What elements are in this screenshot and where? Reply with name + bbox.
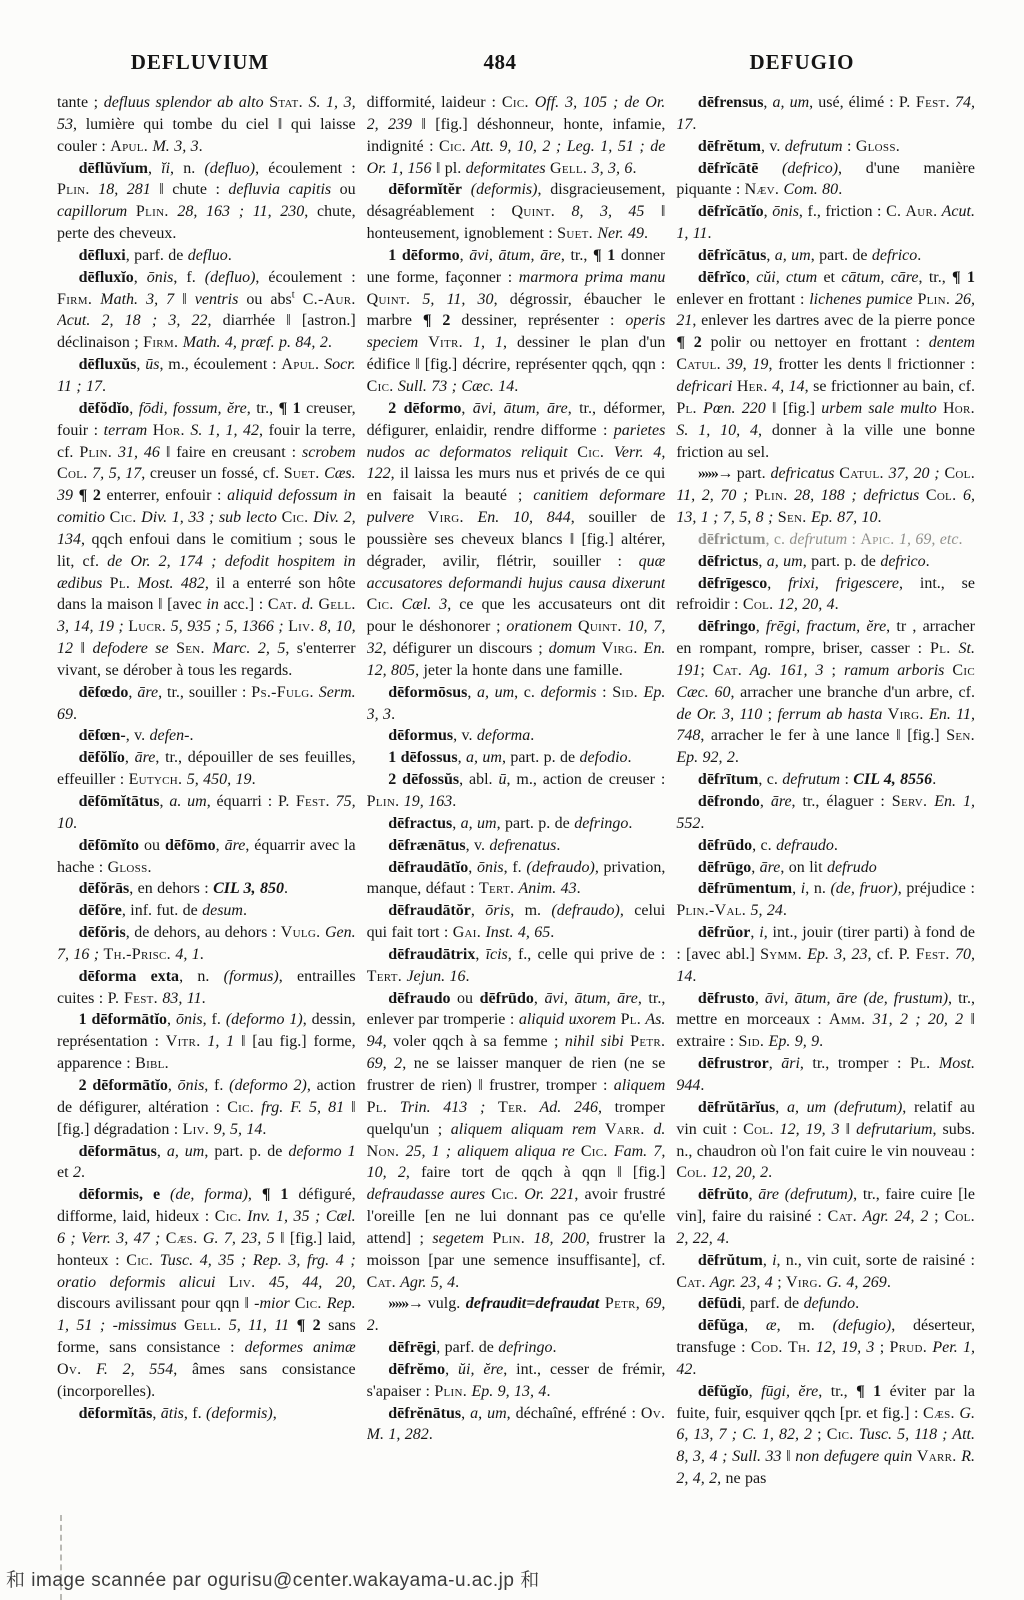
dictionary-entry: dēfrictus, a, um, part. p. de defrico. — [676, 551, 975, 573]
dictionary-entry: dēfŏre, inf. fut. de desum. — [57, 900, 356, 922]
dictionary-entry: dēfrītum, c. defrutum : CIL 4, 8556. — [676, 769, 975, 791]
column-left: tante ; defluus splendor ab alto Stat. S… — [57, 92, 356, 1542]
dictionary-entry: dēformus, v. deforma. — [367, 725, 666, 747]
dictionary-entry: dēfœn-, v. defen-. — [57, 725, 356, 747]
dictionary-entry: dēfrusto, āvi, ātum, āre (de, frustum), … — [676, 988, 975, 1054]
dictionary-entry: dēfraudātŏr, ōris, m. (defraudo), celui … — [367, 900, 666, 944]
dictionary-entry: dēfŏris, de dehors, au dehors : Vulg. Ge… — [57, 922, 356, 966]
dictionary-entry: 1 dēformātĭo, ōnis, f. (deformo 1), dess… — [57, 1009, 356, 1075]
arrow-icon: »»»→ — [698, 465, 732, 482]
dictionary-entry: dēfŏrās, en dehors : CIL 3, 850. — [57, 878, 356, 900]
dictionary-entry: dēfŭgĭo, fūgi, ĕre, tr., ¶ 1 éviter par … — [676, 1381, 975, 1490]
dictionary-entry: »»»→ part. defricatus Catul. 37, 20 ; Co… — [676, 463, 975, 529]
dictionary-entry: dēfrensus, a, um, usé, élimé : P. Fest. … — [676, 92, 975, 136]
arrow-icon: »»»→ — [388, 1295, 422, 1312]
dictionary-entry: dēfōmĭtātus, a. um, équarri : P. Fest. 7… — [57, 791, 356, 835]
dictionary-entry: dēfrŭtārĭus, a, um (defrutum), relatif a… — [676, 1097, 975, 1184]
dictionary-entry: dēfraudātĭo, ōnis, f. (defraudo), privat… — [367, 857, 666, 901]
dictionary-entry: dēfōmĭto ou dēfōmo, āre, équarrir avec l… — [57, 835, 356, 879]
dictionary-entry: dēfrĕnātus, a, um, déchaîné, effréné : O… — [367, 1403, 666, 1447]
dictionary-entry: dēformis, e (de, forma), ¶ 1 défiguré, d… — [57, 1184, 356, 1402]
dictionary-entry: dēfringo, frēgi, fractum, ĕre, tr , arra… — [676, 616, 975, 769]
dictionary-entry: dēforma exta, n. (formus), entrailles cu… — [57, 966, 356, 1010]
dictionary-entry: dēfœdo, āre, tr., souiller : Ps.-Fulg. S… — [57, 682, 356, 726]
dictionary-entry: 2 dēformo, āvi, ātum, āre, tr., déformer… — [367, 398, 666, 682]
entry-continuation: tante ; defluus splendor ab alto Stat. S… — [57, 92, 356, 158]
dictionary-entry: dēfrŭor, i, int., jouir (tirer parti) à … — [676, 922, 975, 988]
dictionary-entry: dēfrīgesco, frixi, frigescere, int., se … — [676, 573, 975, 617]
dictionary-entry: dēformĭtĕr (deformis), disgracieusement,… — [367, 179, 666, 245]
column-right: dēfrensus, a, um, usé, élimé : P. Fest. … — [676, 92, 975, 1542]
dictionary-entry: 2 dēformātĭo, ōnis, f. (deformo 2), acti… — [57, 1075, 356, 1141]
dictionary-entry: dēfrĭcātus, a, um, part. de defrico. — [676, 245, 975, 267]
dictionary-entry: dēfūdi, parf. de defundo. — [676, 1293, 975, 1315]
column-center: difformité, laideur : Cic. Off. 3, 105 ;… — [367, 92, 666, 1542]
dictionary-entry: dēfrēgi, parf. de defringo. — [367, 1337, 666, 1359]
dictionary-entry: dēfluxŭs, ūs, m., écoulement : Apul. Soc… — [57, 354, 356, 398]
dictionary-columns: tante ; defluus splendor ab alto Stat. S… — [57, 92, 975, 1542]
dictionary-entry: dēfrūmentum, i, n. (de, fruor), préjudic… — [676, 878, 975, 922]
dictionary-entry: dēfrĕmo, ŭi, ĕre, int., cesser de frémir… — [367, 1359, 666, 1403]
dictionary-entry: dēfrictum, c. defrutum : Apic. 1, 69, et… — [676, 529, 975, 551]
dictionary-entry: dēformātus, a, um, part. p. de deformo 1… — [57, 1141, 356, 1185]
dictionary-entry: dēfrĭco, cŭi, ctum et cātum, cāre, tr., … — [676, 267, 975, 464]
dictionary-entry: dēfŏdĭo, fōdi, fossum, ĕre, tr., ¶ 1 cre… — [57, 398, 356, 682]
dictionary-entry: dēfluxĭo, ōnis, f. (defluo), écoulement … — [57, 267, 356, 354]
scan-credit-footer: 和 image scannée par ogurisu@center.wakay… — [6, 1565, 540, 1592]
dictionary-entry: dēfrustror, āri, tr., tromper : Pl. Most… — [676, 1053, 975, 1097]
dictionary-entry: dēfractus, a, um, part. p. de defringo. — [367, 813, 666, 835]
dictionary-entry: dēfluxi, parf. de defluo. — [57, 245, 356, 267]
dictionary-entry: 1 dēfossus, a, um, part. p. de defodio. — [367, 747, 666, 769]
dictionary-entry: »»»→ vulg. defraudit=defraudat Petr, 69,… — [367, 1293, 666, 1337]
entry-continuation: difformité, laideur : Cic. Off. 3, 105 ;… — [367, 92, 666, 179]
dictionary-entry: dēfŏlĭo, āre, tr., dépouiller de ses feu… — [57, 747, 356, 791]
dictionary-entry: dēfrūdo, c. defraudo. — [676, 835, 975, 857]
dictionary-entry: dēfraudo ou dēfrūdo, āvi, ātum, āre, tr.… — [367, 988, 666, 1294]
dictionary-entry: dēformōsus, a, um, c. deformis : Sid. Ep… — [367, 682, 666, 726]
page-number: 484 — [484, 50, 517, 75]
dictionary-entry: dēfraudātrix, īcis, f., celle qui prive … — [367, 944, 666, 988]
dictionary-entry: dēfrondo, āre, tr., élaguer : Serv. En. … — [676, 791, 975, 835]
dictionary-entry: dēfrūgo, āre, on lit defrudo — [676, 857, 975, 879]
dictionary-entry: dēfrĕtum, v. defrutum : Gloss. — [676, 136, 975, 158]
dictionary-entry: dēfrŭtum, i, n., vin cuit, sorte de rais… — [676, 1250, 975, 1294]
dictionary-entry: dēfrĭcātĭo, ōnis, f., friction : C. Aur.… — [676, 201, 975, 245]
dictionary-entry: dēfŭga, æ, m. (defugio), déserteur, tran… — [676, 1315, 975, 1381]
dictionary-entry: dēformĭtās, ātis, f. (deformis), — [57, 1403, 356, 1425]
dictionary-entry: dēfrŭto, āre (defrutum), tr., faire cuir… — [676, 1184, 975, 1250]
dictionary-entry: dēfrænātus, v. defrenatus. — [367, 835, 666, 857]
dictionary-entry: 2 dēfossŭs, abl. ū, m., action de creuse… — [367, 769, 666, 813]
running-head-right: DEFUGIO — [749, 50, 854, 75]
dictionary-entry: 1 dēformo, āvi, ātum, āre, tr., ¶ 1 donn… — [367, 245, 666, 398]
running-head-left: DEFLUVIUM — [131, 50, 270, 75]
dictionary-entry: dēflŭvĭum, ĭi, n. (defluo), écoulement :… — [57, 158, 356, 245]
dictionary-entry: dēfrĭcātē (defrico), d'une manière piqua… — [676, 158, 975, 202]
